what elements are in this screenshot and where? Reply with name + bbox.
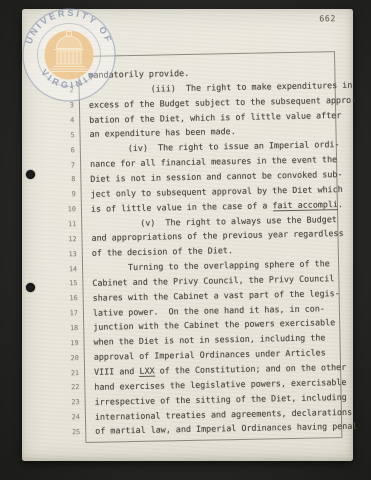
line-number: 8 bbox=[52, 176, 75, 185]
line-number: 10 bbox=[53, 205, 76, 214]
line-number: 23 bbox=[57, 398, 80, 407]
line-number: 7 bbox=[52, 161, 75, 170]
university-of-virginia-stamp: UNIVERSITY OF VIRGINIA bbox=[19, 5, 119, 105]
line-number: 18 bbox=[55, 324, 78, 333]
line-number: 13 bbox=[54, 250, 77, 259]
line-number: 21 bbox=[56, 369, 79, 378]
line-number: 4 bbox=[51, 116, 74, 125]
line-number: 12 bbox=[53, 235, 76, 244]
document-page: 662 1mandatorily provide.2(iii) The righ… bbox=[22, 9, 353, 461]
line-number: 24 bbox=[57, 413, 80, 422]
line-number: 16 bbox=[55, 294, 78, 303]
line-number: 14 bbox=[54, 265, 77, 274]
line-number: 19 bbox=[55, 339, 78, 348]
underlined-term: fait accompli bbox=[272, 199, 338, 212]
line-number: 25 bbox=[57, 428, 80, 437]
line-number: 11 bbox=[53, 220, 76, 229]
line-number: 6 bbox=[52, 146, 75, 155]
underlined-term: LXX bbox=[139, 366, 154, 378]
punch-hole bbox=[26, 170, 35, 179]
line-number: 15 bbox=[54, 279, 77, 288]
punch-hole bbox=[26, 283, 35, 292]
line-number: 5 bbox=[51, 131, 74, 140]
page-number: 662 bbox=[319, 13, 349, 24]
line-number: 9 bbox=[53, 190, 76, 199]
line-number: 17 bbox=[55, 309, 78, 318]
scanned-page-photo: 662 1mandatorily provide.2(iii) The righ… bbox=[0, 0, 371, 480]
line-number: 20 bbox=[56, 354, 79, 363]
line-number: 22 bbox=[56, 383, 79, 392]
